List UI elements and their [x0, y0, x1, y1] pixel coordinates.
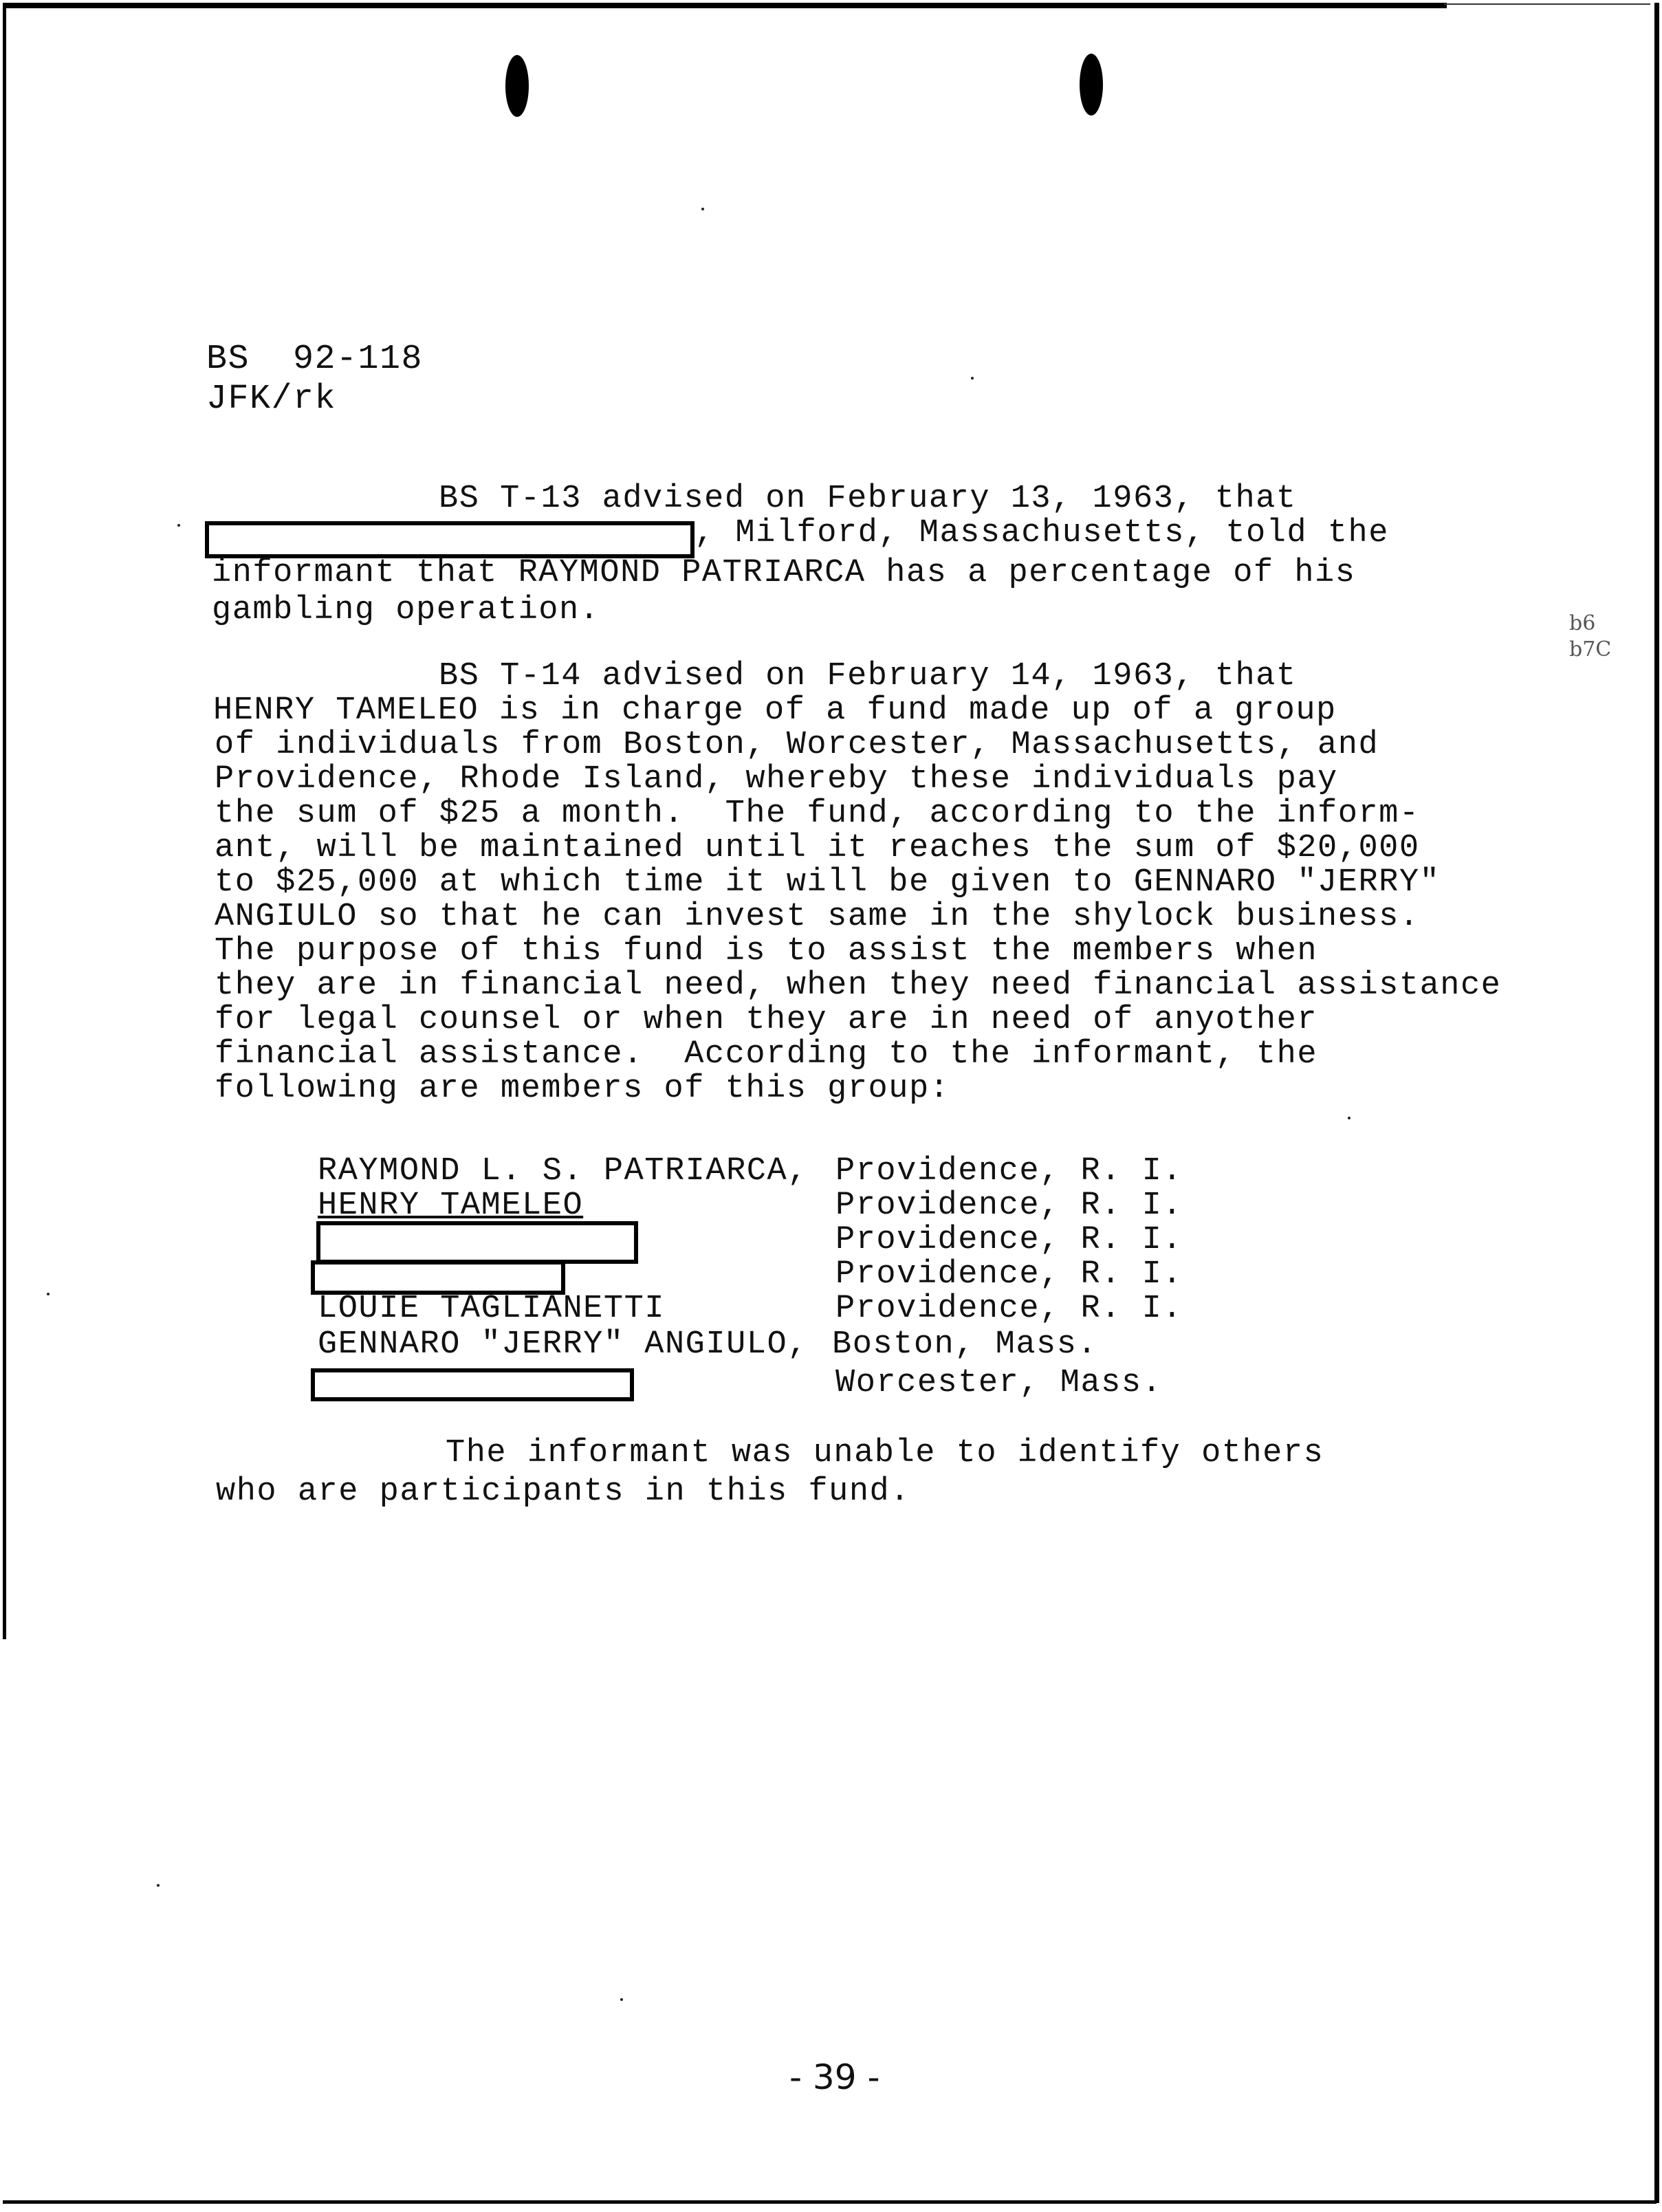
member-location: Providence, R. I. [835, 1155, 1183, 1187]
paragraph-line: for legal counsel or when they are in ne… [215, 1004, 1317, 1036]
scan-speck [177, 524, 180, 527]
exemption-code-b7c: b7C [1569, 637, 1611, 663]
paragraph-line: informant that RAYMOND PATRIARCA has a p… [212, 557, 1355, 589]
author-initials: JFK/rk [206, 382, 336, 417]
member-location: Providence, R. I. [835, 1224, 1183, 1256]
file-number: BS 92-118 [206, 342, 423, 377]
scan-speck [971, 377, 974, 380]
paragraph-line: The informant was unable to identify oth… [446, 1437, 1324, 1469]
paragraph-line: who are participants in this fund. [216, 1476, 910, 1508]
scan-border-bottom [3, 2200, 1656, 2204]
punch-hole-left-icon [505, 55, 529, 117]
member-name: GENNARO "JERRY" ANGIULO, [318, 1328, 808, 1361]
member-location: Boston, Mass. [832, 1328, 1097, 1361]
document-page: BS 92-118 JFK/rk b6 b7C BS T-13 advised … [0, 0, 1662, 2212]
member-location: Providence, R. I. [835, 1293, 1183, 1325]
redaction-box [205, 521, 695, 558]
scan-speck [47, 1293, 50, 1295]
paragraph-line: ANGIULO so that he can invest same in th… [215, 901, 1420, 933]
paragraph-line: BS T-13 advised on February 13, 1963, th… [439, 483, 1297, 515]
paragraph-line: , Milford, Massachusetts, told the [695, 517, 1389, 549]
member-name: HENRY TAMELEO [318, 1190, 583, 1222]
scan-speck [620, 1998, 623, 2001]
scan-border-right [1654, 3, 1659, 2203]
paragraph-line: ant, will be maintained until it reaches… [215, 832, 1420, 864]
page-number: - 39 - [789, 2057, 880, 2097]
scan-border-left [3, 3, 6, 1639]
redaction-box [311, 1260, 565, 1295]
member-name: LOUIE TAGLIANETTI [318, 1293, 665, 1325]
member-location: Worcester, Mass. [835, 1367, 1162, 1399]
paragraph-line: they are in financial need, when they ne… [215, 970, 1501, 1002]
paragraph-line: BS T-14 advised on February 14, 1963, th… [439, 660, 1297, 692]
paragraph-line: gambling operation. [212, 594, 600, 626]
paragraph-line: to $25,000 at which time it will be give… [215, 866, 1440, 899]
scan-speck [701, 208, 704, 210]
paragraph-line: Providence, Rhode Island, whereby these … [215, 763, 1338, 796]
redaction-box [311, 1368, 634, 1401]
exemption-code-b6: b6 [1569, 611, 1595, 637]
scan-border-top [3, 3, 1447, 8]
punch-hole-right-icon [1080, 54, 1103, 116]
member-name: RAYMOND L. S. PATRIARCA, [318, 1155, 808, 1187]
scan-speck [1348, 1117, 1351, 1119]
paragraph-line: financial assistance. According to the i… [215, 1038, 1317, 1071]
paragraph-line: following are members of this group: [215, 1073, 950, 1105]
redaction-box [316, 1221, 638, 1264]
paragraph-line: The purpose of this fund is to assist th… [215, 935, 1317, 967]
member-location: Providence, R. I. [835, 1190, 1183, 1222]
scan-border-top-thin [1444, 3, 1650, 5]
paragraph-line: HENRY TAMELEO is in charge of a fund mad… [213, 694, 1337, 727]
member-location: Providence, R. I. [835, 1258, 1183, 1291]
paragraph-line: the sum of $25 a month. The fund, accord… [215, 798, 1420, 830]
scan-speck [157, 1884, 160, 1887]
paragraph-line: of individuals from Boston, Worcester, M… [215, 729, 1379, 761]
